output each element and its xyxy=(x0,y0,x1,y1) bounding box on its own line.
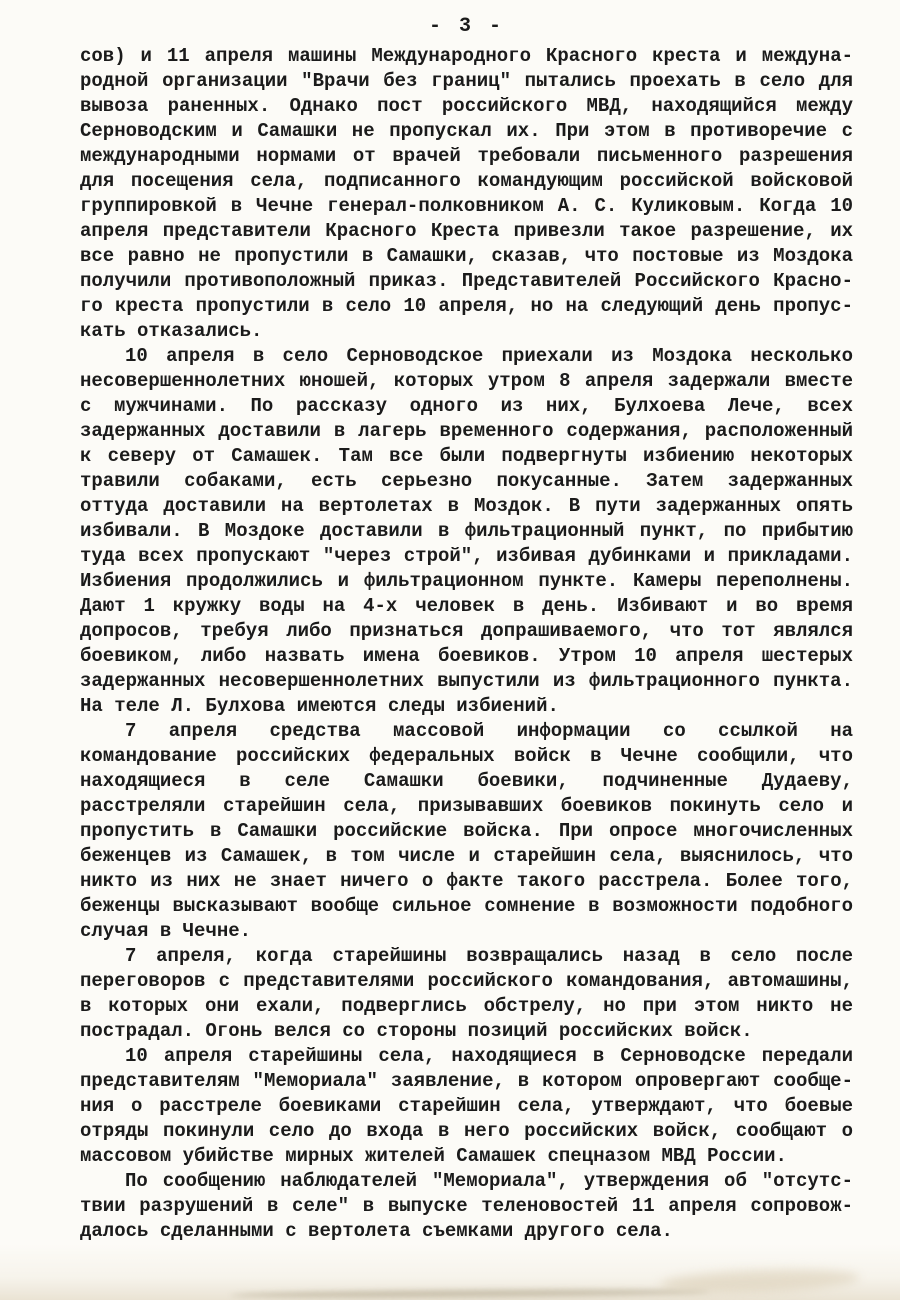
paragraph: сов) и 11 апреля машины Международного К… xyxy=(80,44,853,344)
paragraph: 10 апреля в село Серноводское приехали и… xyxy=(80,344,853,719)
text-line: находящиеся в селе Самашки боевики, подч… xyxy=(80,769,853,794)
text-line: переговоров с представителями российског… xyxy=(80,969,853,994)
text-line: случая в Чечне. xyxy=(80,919,853,944)
text-line: для посещения села, подписанного команду… xyxy=(80,169,853,194)
text-line: допросов, требуя либо признаться допраши… xyxy=(80,619,853,644)
scan-edge-streak xyxy=(230,1288,710,1298)
text-line: к северу от Самашек. Там все были подвер… xyxy=(80,444,853,469)
text-line: вывоза раненных. Однако пост российского… xyxy=(80,94,853,119)
text-line: 10 апреля в село Серноводское приехали и… xyxy=(80,344,853,369)
text-line: задержанных доставили в лагерь временног… xyxy=(80,419,853,444)
text-line: По сообщению наблюдателей "Мемориала", у… xyxy=(80,1169,853,1194)
text-line: никто из них не знает ничего о факте так… xyxy=(80,869,853,894)
document-page: - 3 - сов) и 11 апреля машины Международ… xyxy=(0,0,900,1300)
text-line: Дают 1 кружку воды на 4-х человек в день… xyxy=(80,594,853,619)
text-line: апреля представители Красного Креста при… xyxy=(80,219,853,244)
text-line: несовершеннолетних юношей, которых утром… xyxy=(80,369,853,394)
text-line: международными нормами от врачей требова… xyxy=(80,144,853,169)
text-line: далось сделанными с вертолета съемками д… xyxy=(80,1219,853,1244)
text-line: твии разрушений в селе" в выпуске телено… xyxy=(80,1194,853,1219)
text-line: расстреляли старейшин села, призывавших … xyxy=(80,794,853,819)
paragraph: По сообщению наблюдателей "Мемориала", у… xyxy=(80,1169,853,1244)
text-line: туда всех пропускают "через строй", изби… xyxy=(80,544,853,569)
page-number: - 3 - xyxy=(80,14,853,40)
scan-edge-smudge xyxy=(660,1267,861,1296)
text-line: массовом убийстве мирных жителей Самашек… xyxy=(80,1144,853,1169)
text-line: го креста пропустили в село 10 апреля, н… xyxy=(80,294,853,319)
text-line: травили собаками, есть серьезно покусанн… xyxy=(80,469,853,494)
text-line: Избиения продолжились и фильтрационном п… xyxy=(80,569,853,594)
paragraph: 7 апреля, когда старейшины возвращались … xyxy=(80,944,853,1044)
text-line: ния о расстреле боевиками старейшин села… xyxy=(80,1094,853,1119)
text-line: 7 апреля, когда старейшины возвращались … xyxy=(80,944,853,969)
text-line: На теле Л. Булхова имеются следы избиени… xyxy=(80,694,853,719)
text-line: с мужчинами. По рассказу одного из них, … xyxy=(80,394,853,419)
paragraph: 10 апреля старейшины села, находящиеся в… xyxy=(80,1044,853,1169)
text-line: беженцы высказывают вообще сильное сомне… xyxy=(80,894,853,919)
text-line: отряды покинули село до входа в него рос… xyxy=(80,1119,853,1144)
document-text: сов) и 11 апреля машины Международного К… xyxy=(80,44,853,1244)
text-line: 10 апреля старейшины села, находящиеся в… xyxy=(80,1044,853,1069)
scan-bottom-shadow xyxy=(0,1244,900,1300)
text-line: родной организации "Врачи без границ" пы… xyxy=(80,69,853,94)
text-line: пострадал. Огонь велся со стороны позици… xyxy=(80,1019,853,1044)
text-line: 7 апреля средства массовой информации со… xyxy=(80,719,853,744)
text-line: в которых они ехали, подверглись обстрел… xyxy=(80,994,853,1019)
text-line: сов) и 11 апреля машины Международного К… xyxy=(80,44,853,69)
text-line: группировкой в Чечне генерал-полковником… xyxy=(80,194,853,219)
text-line: оттуда доставили на вертолетах в Моздок.… xyxy=(80,494,853,519)
paragraph: 7 апреля средства массовой информации со… xyxy=(80,719,853,944)
text-line: избивали. В Моздоке доставили в фильтрац… xyxy=(80,519,853,544)
text-line: командование российских федеральных войс… xyxy=(80,744,853,769)
text-line: пропустить в Самашки российские войска. … xyxy=(80,819,853,844)
text-line: боевиком, либо назвать имена боевиков. У… xyxy=(80,644,853,669)
text-line: представителям "Мемориала" заявление, в … xyxy=(80,1069,853,1094)
text-line: Серноводским и Самашки не пропускал их. … xyxy=(80,119,853,144)
text-line: задержанных несовершеннолетних выпустили… xyxy=(80,669,853,694)
text-line: все равно не пропустили в Самашки, сказа… xyxy=(80,244,853,269)
text-line: беженцев из Самашек, в том числе и старе… xyxy=(80,844,853,869)
text-line: получили противоположный приказ. Предста… xyxy=(80,269,853,294)
text-line: кать отказались. xyxy=(80,319,853,344)
